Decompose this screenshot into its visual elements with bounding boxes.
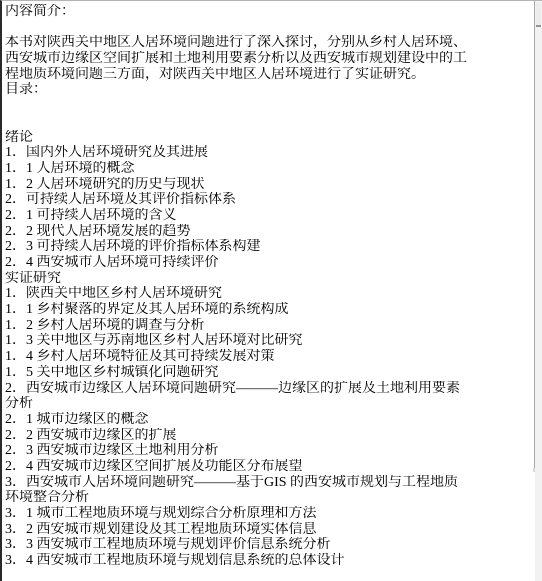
text-line: 2．2 现代人居环境发展的趋势: [5, 224, 534, 240]
text-line: 分析: [5, 396, 534, 412]
book-description-text: 内容简介：本书对陕西关中地区人居环境问题进行了深入探讨，分别从乡村人居环境、西安…: [2, 4, 534, 581]
text-line: 1．1 乡村聚落的界定及其人居环境的系统构成: [5, 302, 534, 318]
scrollbar-track[interactable]: [535, 1, 542, 581]
text-line: 2．4 西安城市人居环境可持续评价: [5, 255, 534, 271]
text-line: 实证研究: [5, 271, 534, 287]
text-line: 内容简介：: [5, 4, 534, 20]
text-line: 1．1 人居环境的概念: [5, 161, 534, 177]
text-line: 1．4 乡村人居环境特征及其可持续发展对策: [5, 349, 534, 365]
text-line: [5, 98, 534, 114]
text-line: 2．可持续人居环境及其评价指标体系: [5, 192, 534, 208]
text-line: 1．2 人居环境研究的历史与现状: [5, 177, 534, 193]
text-line: 西安城市边缘区空间扩展和土地利用要素分析以及西安城市规划建设中的工: [5, 51, 534, 67]
text-line: 2．2 西安城市边缘区的扩展: [5, 428, 534, 444]
text-line: 绪论: [5, 130, 534, 146]
text-line: 程地质环境问题三方面，对陕西关中地区人居环境进行了实证研究。: [5, 67, 534, 83]
text-line: 3．3 西安城市工程地质环境与规划评价信息系统分析: [5, 537, 534, 553]
text-line: [5, 20, 534, 36]
text-line: 环境整合分析: [5, 490, 534, 506]
text-line: 2．1 城市边缘区的概念: [5, 412, 534, 428]
text-line: 目录：: [5, 82, 534, 98]
text-line: 3．4 西安城市工程地质环境与规划信息系统的总体设计: [5, 553, 534, 569]
text-line: 2．西安城市边缘区人居环境问题研究———边缘区的扩展及土地利用要素: [5, 381, 534, 397]
text-line: 2．3 西安城市边缘区土地利用分析: [5, 443, 534, 459]
scrollbar-thumb[interactable]: [536, 3, 541, 27]
text-line: 1．3 关中地区与苏南地区乡村人居环境对比研究: [5, 333, 534, 349]
text-line: 3．2 西安城市规划建设及其工程地质环境实体信息: [5, 522, 534, 538]
page: 内容简介：本书对陕西关中地区人居环境问题进行了深入探讨，分别从乡村人居环境、西安…: [0, 0, 542, 581]
text-line: 1．国内外人居环境研究及其进展: [5, 145, 534, 161]
text-line: 1．5 关中地区乡村城镇化问题研究: [5, 365, 534, 381]
text-line: 2．3 可持续人居环境的评价指标体系构建: [5, 239, 534, 255]
text-line: 本书对陕西关中地区人居环境问题进行了深入探讨，分别从乡村人居环境、: [5, 35, 534, 51]
text-line: 3．西安城市人居环境问题研究———基于GIS 的西安城市规划与工程地质: [5, 475, 534, 491]
text-line: 1．2 乡村人居环境的调查与分析: [5, 318, 534, 334]
text-line: 2．4 西安城市边缘区空间扩展及功能区分布展望: [5, 459, 534, 475]
text-line: 3．1 城市工程地质环境与规划综合分析原理和方法: [5, 506, 534, 522]
text-line: 1．陕西关中地区乡村人居环境研究: [5, 286, 534, 302]
text-line: 2．1 可持续人居环境的含义: [5, 208, 534, 224]
text-line: [5, 114, 534, 130]
